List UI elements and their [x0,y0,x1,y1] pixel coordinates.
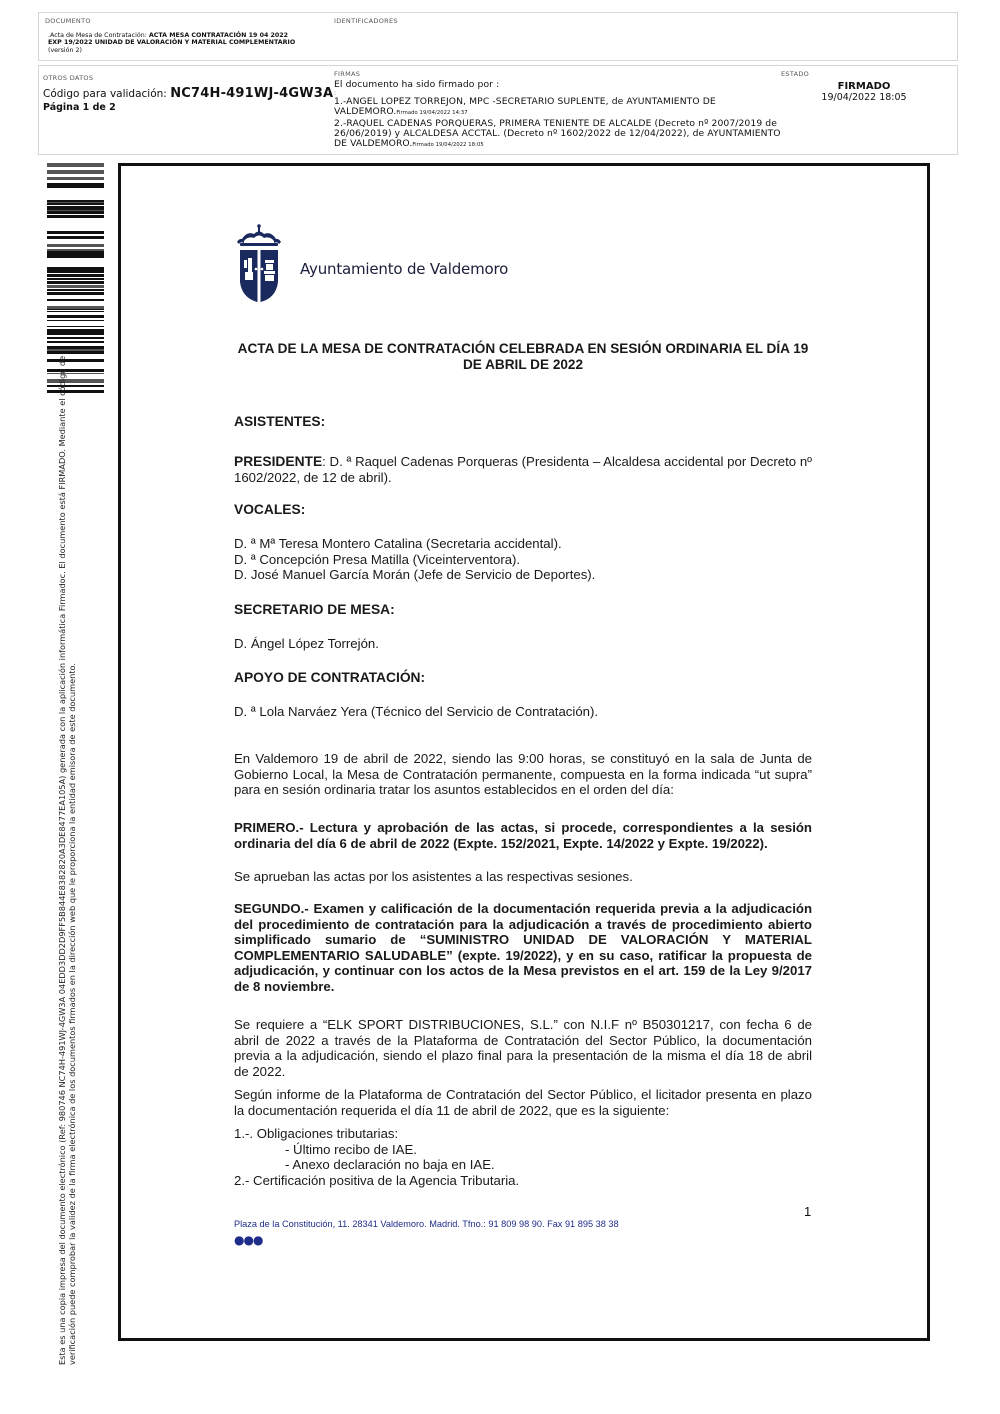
asistentes-heading: ASISTENTES: [234,414,812,430]
list-item: D. ª Mª Teresa Montero Catalina (Secreta… [234,536,812,552]
list-item: - Último recibo de IAE. [234,1142,812,1158]
doc-prefix: .Acta de Mesa de Contratación: [48,32,149,39]
list-item: D. ª Concepción Presa Matilla (Viceinter… [234,552,812,568]
footer-dots-icon: ●●● [234,1233,262,1247]
otros-datos-label: OTROS DATOS [43,74,93,82]
signer-1: 1.-ANGEL LOPEZ TORREJON, MPC -SECRETARIO… [334,97,789,118]
document-info-box: DOCUMENTO IDENTIFICADORES .Acta de Mesa … [38,12,958,61]
signer-2-text: 2.-RAQUEL CADENAS PORQUERAS, PRIMERA TEN… [334,118,781,149]
validation-code[interactable]: NC74H-491WJ-4GW3A [170,86,333,101]
list-item: D. José Manuel García Morán (Jefe de Ser… [234,567,812,583]
status-date: 19/04/2022 18:05 [804,92,924,103]
secretario-heading: SECRETARIO DE MESA: [234,602,812,618]
side-text-line1: Esta es una copia impresa del documento … [57,425,67,1365]
coat-of-arms-icon [234,222,284,304]
validation-code-line: Código para validación: NC74H-491WJ-4GW3… [43,86,333,101]
signers-list: El documento ha sido firmado por : : 1.-… [334,80,789,150]
vocales-list: D. ª Mª Teresa Montero Catalina (Secreta… [234,536,812,583]
page-title: ACTA DE LA MESA DE CONTRATACIÓN CELEBRAD… [234,341,812,373]
footer-address: Plaza de la Constitución, 11. 28341 Vald… [234,1219,619,1229]
signer-1-text: 1.-ANGEL LOPEZ TORREJON, MPC -SECRETARIO… [334,96,716,117]
list-item: - Anexo declaración no baja en IAE. [234,1157,812,1173]
validation-label: Código para validación: [43,88,170,100]
status-badge: FIRMADO [804,81,924,92]
identificadores-label: IDENTIFICADORES [334,17,398,25]
doc-title-line2: EXP 19/2022 UNIDAD DE VALORACIÓN Y MATER… [48,39,295,46]
documentation-list: 1.-. Obligaciones tributarias: - Último … [234,1126,812,1188]
page-number: 1 [804,1204,811,1219]
firmas-label: FIRMAS [334,70,360,78]
signature-info-box: OTROS DATOS Código para validación: NC74… [38,65,958,155]
document-description: .Acta de Mesa de Contratación: ACTA MESA… [48,32,295,54]
primero-result: Se aprueban las actas por los asistentes… [234,869,812,885]
signer-2-signed: Firmado 19/04/2022 18:05 [412,142,483,148]
apoyo-name: D. ª Lola Narváez Yera (Técnico del Serv… [234,704,812,720]
requerimiento-paragraph: Se requiere a “ELK SPORT DISTRIBUCIONES,… [234,1017,812,1079]
barcode-icon [47,163,104,401]
secretario-name: D. Ángel López Torrejón. [234,636,812,652]
verification-side-text: Esta es una copia impresa del documento … [57,425,77,1365]
intro-paragraph: En Valdemoro 19 de abril de 2022, siendo… [234,751,812,798]
side-text-line2: verificación puede comprobar la validez … [67,425,77,1365]
doc-version: (versión 2) [48,47,82,54]
informe-paragraph: Según informe de la Plataforma de Contra… [234,1087,812,1118]
doc-title-line1: ACTA MESA CONTRATACIÓN 19 04 2022 [149,32,288,39]
list-item: 1.-. Obligaciones tributarias: [234,1126,812,1142]
list-item: 2.- Certificación positiva de la Agencia… [234,1173,812,1189]
page-indicator: Página 1 de 2 [43,102,116,113]
presidente-label: PRESIDENTE [234,454,322,469]
apoyo-heading: APOYO DE CONTRATACIÓN: [234,670,812,686]
presidente-paragraph: PRESIDENTE: D. ª Raquel Cadenas Porquera… [234,454,812,485]
organization-name: Ayuntamiento de Valdemoro [300,260,508,278]
vocales-heading: VOCALES: [234,502,812,518]
estado-label: ESTADO [781,70,809,78]
firmas-intro: El documento ha sido firmado por : [334,80,789,90]
signer-1-signed: Firmado 19/04/2022 14:37 [396,110,467,116]
primero-item: PRIMERO.- Lectura y aprobación de las ac… [234,820,812,851]
documento-label: DOCUMENTO [45,17,91,25]
segundo-item: SEGUNDO.- Examen y calificación de la do… [234,901,812,995]
signer-2: 2.-RAQUEL CADENAS PORQUERAS, PRIMERA TEN… [334,119,789,151]
